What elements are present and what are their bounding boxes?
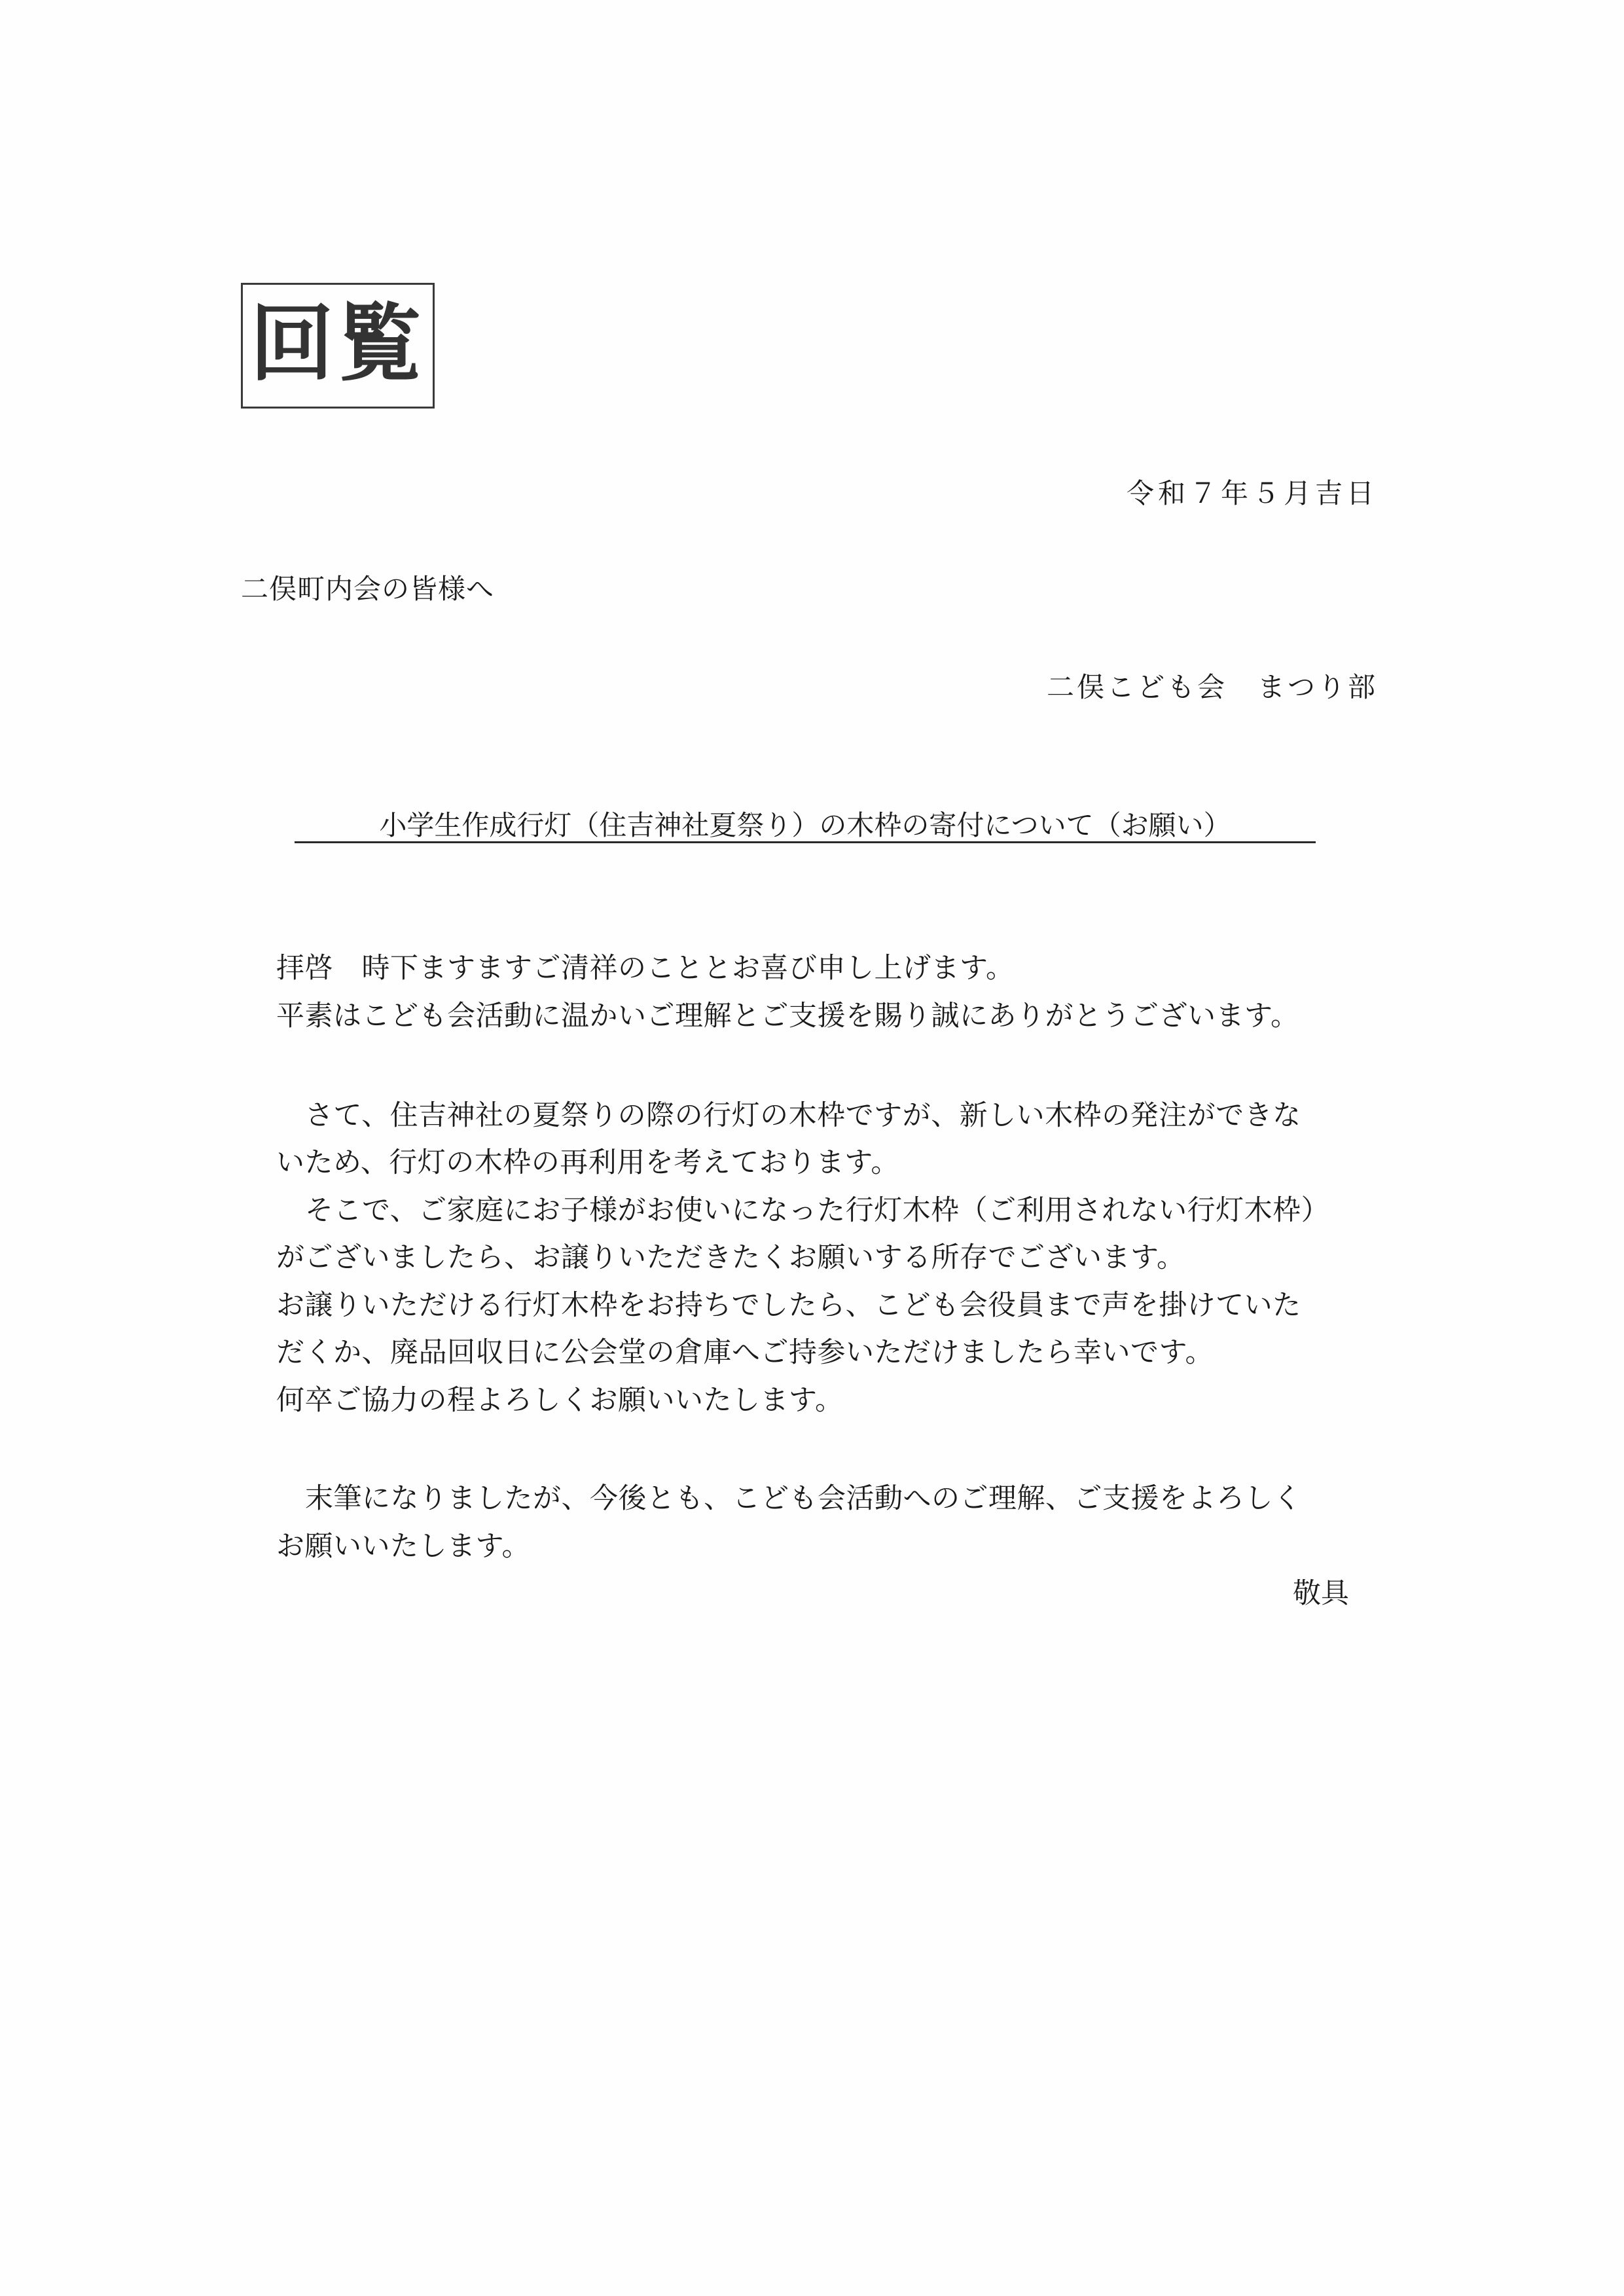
body-line-paragraph2-6: だくか、廃品回収日に公会堂の倉庫へご持参いただけましたら幸いです。 bbox=[276, 1336, 1214, 1370]
body-line-paragraph2-2: いため、行灯の木枠の再利用を考えております。 bbox=[276, 1146, 899, 1180]
body-line-paragraph3-2: お願いいたします。 bbox=[276, 1529, 530, 1563]
addressee: 二俣町内会の皆様へ bbox=[241, 572, 494, 606]
body-line-paragraph2-7: 何卒ご協力の程よろしくお願いいたします。 bbox=[276, 1383, 844, 1417]
circulation-stamp-box: 回覧 bbox=[241, 283, 435, 409]
title-underline bbox=[295, 841, 1316, 843]
sender: 二俣こども会 まつり部 bbox=[1047, 670, 1378, 704]
issue-date: 令和７年５月吉日 bbox=[1127, 477, 1378, 511]
body-line-greeting: 拝啓 時下ますますご清祥のこととお喜び申し上げます。 bbox=[276, 951, 1015, 985]
document-title: 小学生作成行灯（住吉神社夏祭り）の木枠の寄付について（お願い） bbox=[295, 811, 1316, 841]
body-line-paragraph3-1: 末筆になりましたが、今後とも、こども会活動へのご理解、ご支援をよろしく bbox=[305, 1482, 1302, 1516]
body-line-paragraph2-4: がございましたら、お譲りいただきたくお願いする所存でございます。 bbox=[276, 1241, 1185, 1275]
body-line-paragraph2-5: お譲りいただける行灯木枠をお持ちでしたら、こども会役員まで声を掛けていた bbox=[276, 1288, 1301, 1322]
closing-salutation: 敬具 bbox=[1293, 1576, 1349, 1611]
circulation-stamp-label: 回覧 bbox=[250, 302, 425, 386]
circular-notice-page: 回覧 令和７年５月吉日 二俣町内会の皆様へ 二俣こども会 まつり部 小学生作成行… bbox=[0, 0, 1624, 2296]
body-line-paragraph2-1: さて、住吉神社の夏祭りの際の行灯の木枠ですが、新しい木枠の発注ができな bbox=[305, 1099, 1301, 1133]
body-line-paragraph2-3: そこで、ご家庭にお子様がお使いになった行灯木枠（ご利用されない行灯木枠） bbox=[305, 1194, 1329, 1228]
body-line-thanks: 平素はこども会活動に温かいご理解とご支援を賜り誠にありがとうございます。 bbox=[276, 999, 1299, 1033]
